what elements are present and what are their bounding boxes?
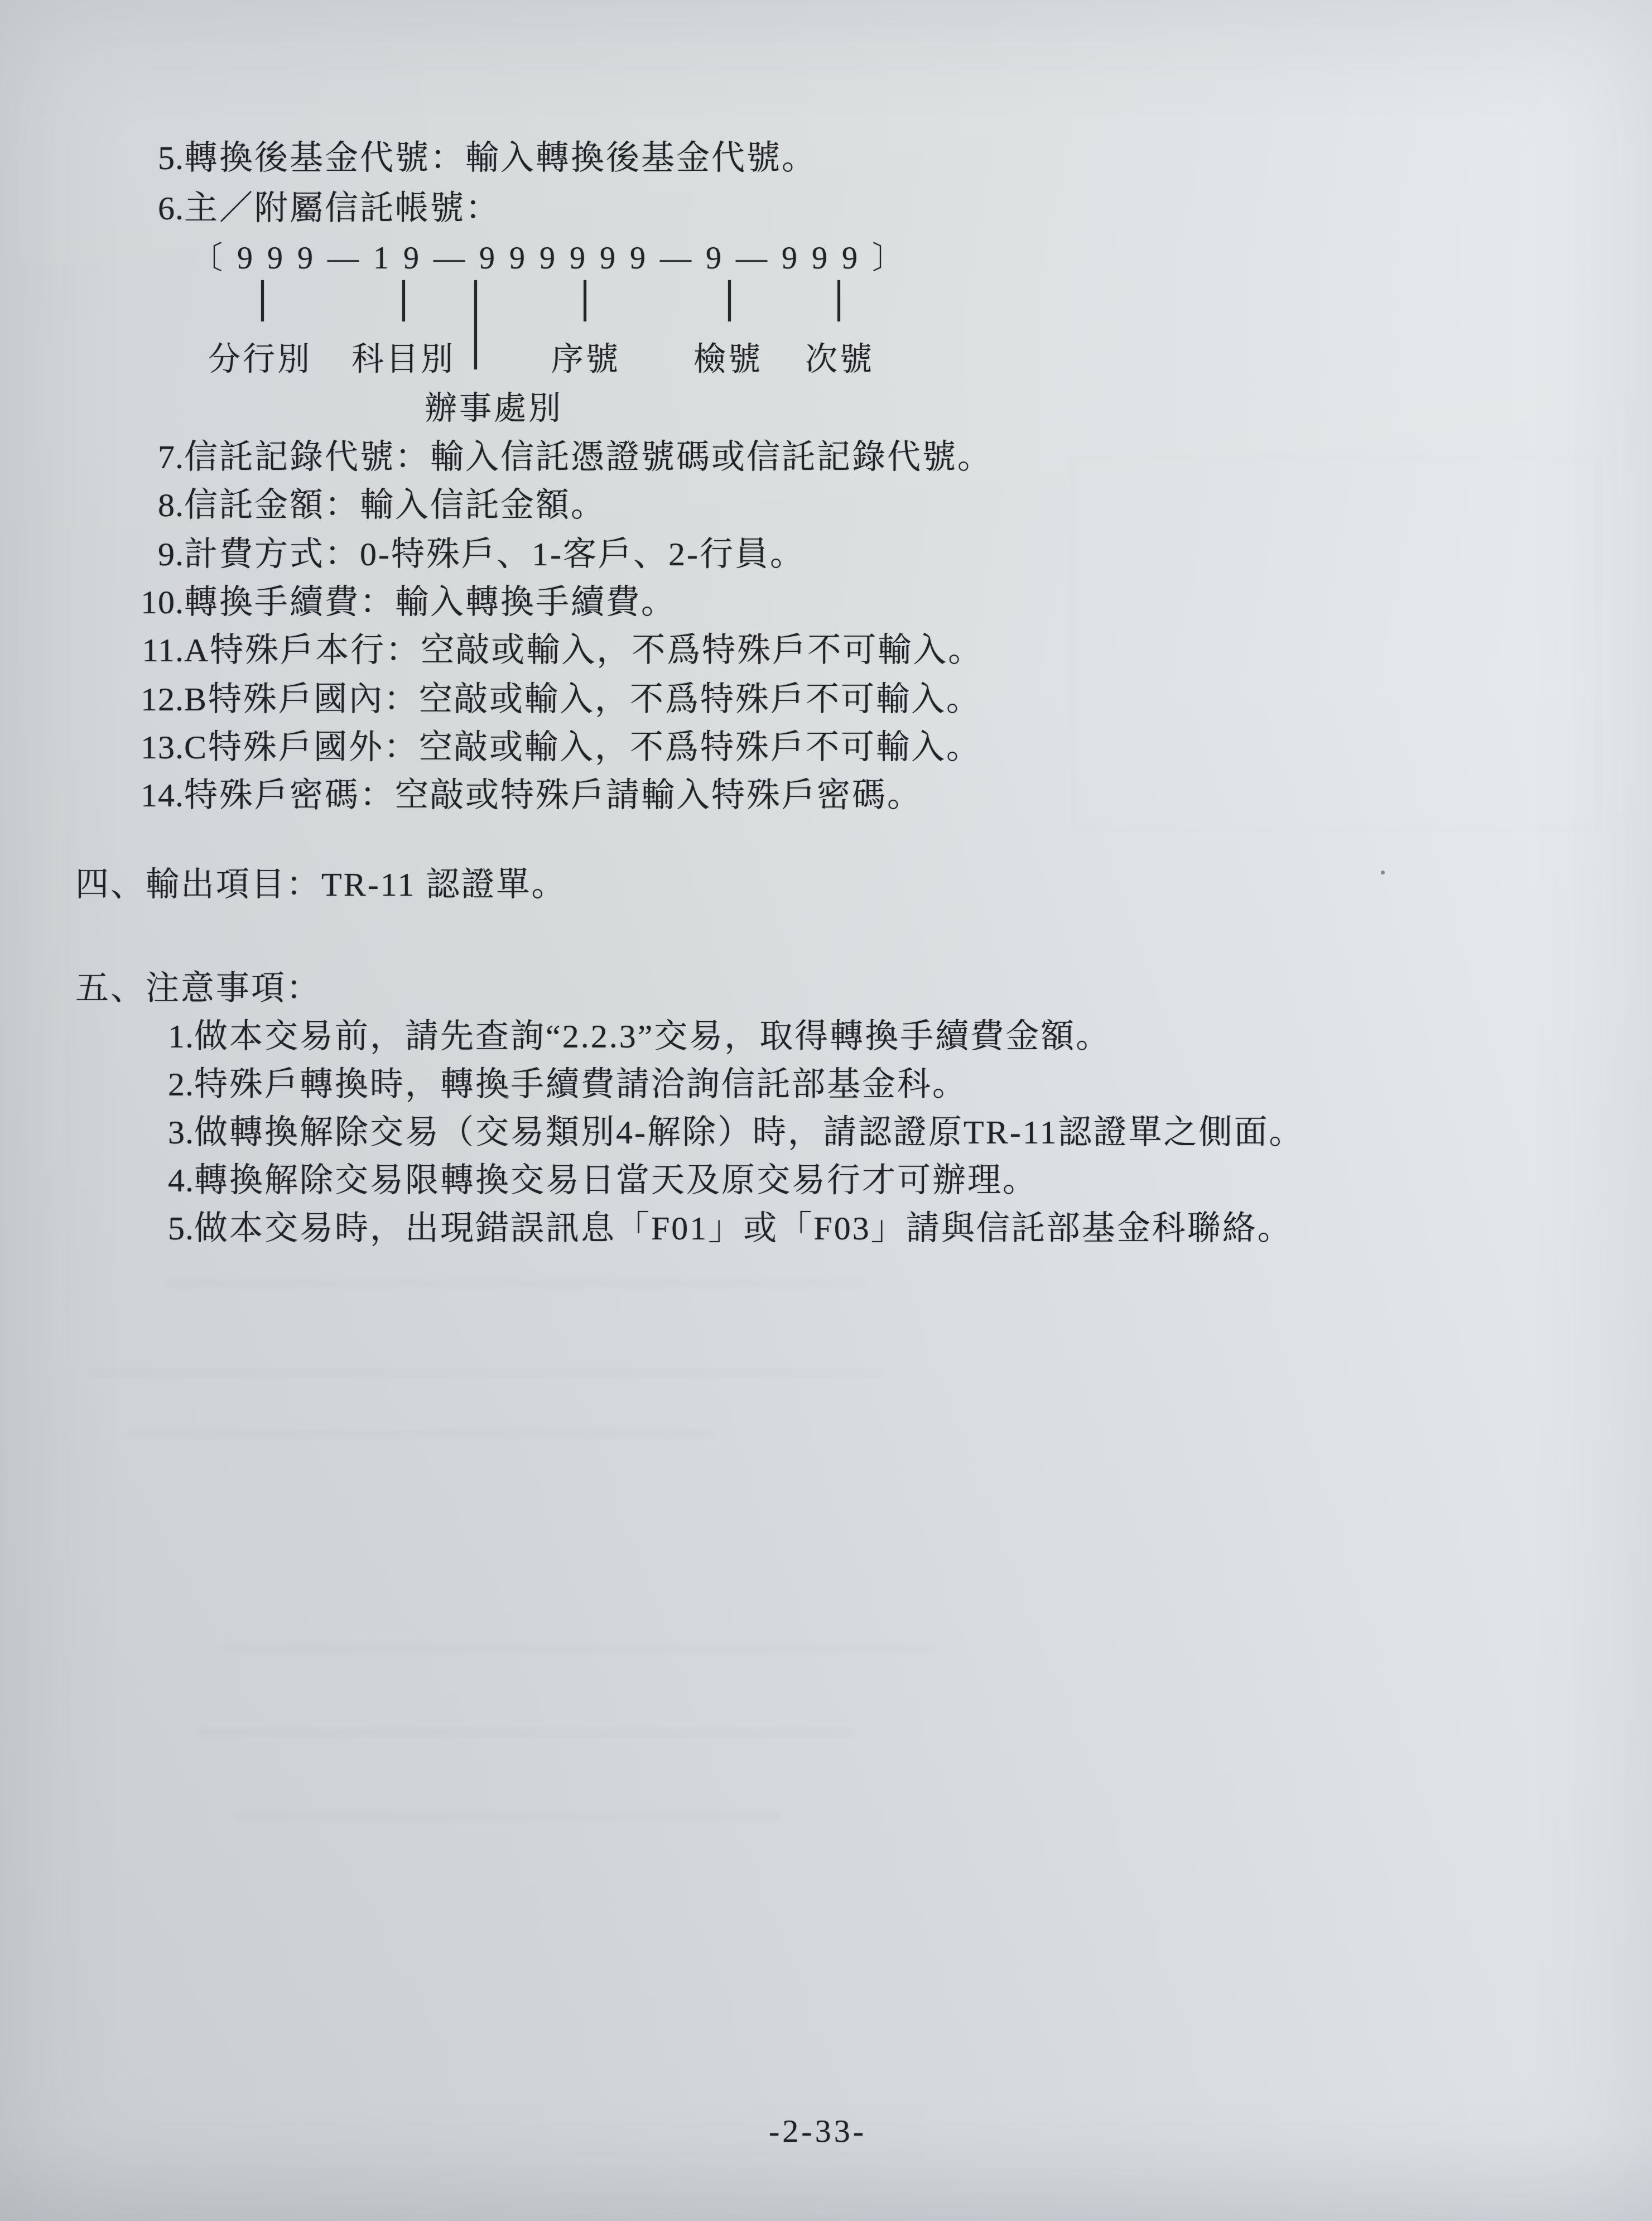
diagram-label-office: 辦事處別	[425, 382, 563, 429]
field-text: A特殊戶本行：空敲或輸入，不爲特殊戶不可輸入。	[184, 632, 983, 669]
field-item-9: 9. 計費方式：0-特殊戶、1-客戶、2-行員。	[84, 536, 805, 573]
note-number: 3.	[84, 1114, 194, 1151]
note-item-1: 1. 做本交易前，請先查詢“2.2.3”交易，取得轉換手續費金額。	[84, 1018, 1111, 1055]
field-number: 9.	[84, 536, 184, 573]
note-number: 5.	[84, 1210, 194, 1247]
field-item-10: 10. 轉換手續費：輸入轉換手續費。	[84, 584, 676, 621]
ink-speck	[1381, 871, 1385, 874]
field-number: 6.	[84, 190, 184, 227]
section-number: 四、	[75, 866, 146, 903]
bleed-through-smudge	[128, 1431, 714, 1436]
field-item-6: 6. 主／附屬信託帳號：	[84, 190, 500, 227]
diagram-connector-check	[728, 280, 731, 321]
note-number: 2.	[84, 1066, 194, 1103]
field-item-13: 13. C特殊戶國外：空敲或輸入，不爲特殊戶不可輸入。	[84, 729, 981, 766]
field-number: 7.	[84, 439, 184, 476]
field-number: 8.	[84, 487, 184, 524]
ink-speck	[505, 1095, 509, 1099]
note-item-3: 3. 做轉換解除交易（交易類別4-解除）時，請認證原TR-11認證單之側面。	[84, 1114, 1304, 1151]
section-text: 輸出項目：TR-11 認證單。	[146, 866, 566, 903]
bleed-through-smudge	[167, 1281, 865, 1286]
field-text: B特殊戶國內：空敲或輸入，不爲特殊戶不可輸入。	[184, 681, 981, 718]
diagram-label-check: 檢號	[693, 333, 763, 379]
section-text: 注意事項：	[146, 970, 321, 1007]
field-text: 轉換手續費：輸入轉換手續費。	[184, 584, 676, 621]
diagram-connector-office	[474, 280, 477, 369]
field-text: 信託記錄代號：輸入信託憑證號碼或信託記錄代號。	[184, 439, 993, 476]
field-number: 11.	[84, 632, 184, 669]
note-number: 1.	[84, 1018, 194, 1055]
diagram-connector-serial	[584, 280, 586, 321]
note-item-5: 5. 做本交易時，出現錯誤訊息「F01」或「F03」請與信託部基金科聯絡。	[84, 1210, 1293, 1247]
account-number-format: 〔 9 9 9 — 1 9 — 9 9 9 9 9 9 — 9 — 9 9 9 …	[191, 233, 907, 278]
field-text: 轉換後基金代號：輸入轉換後基金代號。	[184, 140, 817, 177]
field-text: 主／附屬信託帳號：	[184, 190, 500, 227]
bleed-through-smudge	[195, 1730, 854, 1735]
field-item-11: 11. A特殊戶本行：空敲或輸入，不爲特殊戶不可輸入。	[84, 632, 983, 669]
diagram-connector-subject	[402, 280, 405, 321]
diagram-connector-sub	[837, 280, 840, 321]
note-text: 做本交易前，請先查詢“2.2.3”交易，取得轉換手續費金額。	[194, 1018, 1111, 1055]
field-number: 10.	[84, 584, 184, 621]
bleed-through-smudge	[234, 1814, 781, 1819]
bleed-through-table	[1071, 458, 1599, 829]
field-text: 計費方式：0-特殊戶、1-客戶、2-行員。	[184, 536, 805, 573]
field-number: 14.	[84, 777, 184, 814]
field-number: 13.	[84, 729, 184, 766]
field-item-12: 12. B特殊戶國內：空敲或輸入，不爲特殊戶不可輸入。	[84, 681, 981, 718]
note-number: 4.	[84, 1162, 194, 1199]
section-number: 五、	[75, 970, 146, 1007]
section-output-heading: 四、 輸出項目：TR-11 認證單。	[75, 866, 566, 903]
diagram-label-branch: 分行別	[208, 333, 312, 379]
note-item-4: 4. 轉換解除交易限轉換交易日當天及原交易行才可辦理。	[84, 1162, 1038, 1199]
field-item-8: 8. 信託金額：輸入信託金額。	[84, 487, 606, 524]
diagram-label-serial: 序號	[551, 333, 620, 379]
diagram-connector-branch	[261, 280, 264, 321]
field-item-7: 7. 信託記錄代號：輸入信託憑證號碼或信託記錄代號。	[84, 439, 993, 476]
bleed-through-smudge	[89, 1370, 882, 1375]
note-item-2: 2. 特殊戶轉換時，轉換手續費請洽詢信託部基金科。	[84, 1066, 967, 1103]
field-text: 特殊戶密碼：空敲或特殊戶請輸入特殊戶密碼。	[184, 777, 922, 814]
field-item-5: 5. 轉換後基金代號：輸入轉換後基金代號。	[84, 140, 817, 177]
page-number: -2-33-	[769, 2112, 866, 2150]
note-text: 做轉換解除交易（交易類別4-解除）時，請認證原TR-11認證單之側面。	[194, 1114, 1304, 1151]
bleed-through-smudge	[223, 1646, 937, 1651]
section-notes-heading: 五、 注意事項：	[75, 970, 321, 1007]
field-number: 12.	[84, 681, 184, 718]
diagram-label-sub: 次號	[805, 333, 874, 379]
field-text: C特殊戶國外：空敲或輸入，不爲特殊戶不可輸入。	[184, 729, 981, 766]
note-text: 做本交易時，出現錯誤訊息「F01」或「F03」請與信託部基金科聯絡。	[194, 1210, 1293, 1247]
diagram-label-subject: 科目別	[351, 333, 455, 379]
scanned-manual-page: 5. 轉換後基金代號：輸入轉換後基金代號。 6. 主／附屬信託帳號： 〔 9 9…	[0, 0, 1652, 2221]
note-text: 轉換解除交易限轉換交易日當天及原交易行才可辦理。	[194, 1162, 1038, 1199]
field-item-14: 14. 特殊戶密碼：空敲或特殊戶請輸入特殊戶密碼。	[84, 777, 922, 814]
field-number: 5.	[84, 140, 184, 177]
note-text: 特殊戶轉換時，轉換手續費請洽詢信託部基金科。	[194, 1066, 967, 1103]
field-text: 信託金額：輸入信託金額。	[184, 487, 606, 524]
